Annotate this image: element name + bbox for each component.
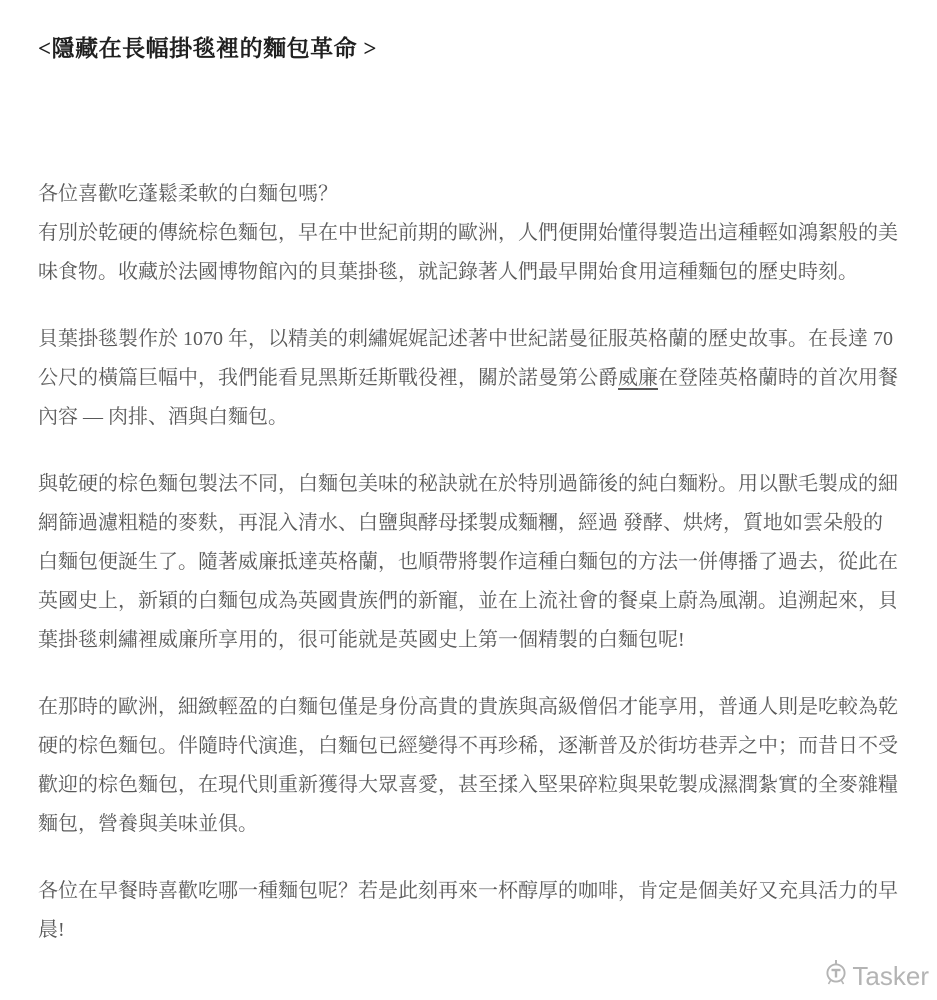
tasker-watermark: Tasker [823, 959, 929, 994]
text-segment: 各位在早餐時喜歡吃哪一種麵包呢？若是此刻再來一杯醇厚的咖啡，肯定是個美好又充具活… [38, 880, 898, 941]
paragraph: 各位喜歡吃蓬鬆柔軟的白麵包嗎？ 有別於乾硬的傳統棕色麵包，早在中世紀前期的歐洲，… [38, 175, 900, 292]
article-body: 各位喜歡吃蓬鬆柔軟的白麵包嗎？ 有別於乾硬的傳統棕色麵包，早在中世紀前期的歐洲，… [38, 175, 900, 950]
underlined-name: 威廉 [618, 367, 658, 389]
text-segment: 在那時的歐洲，細緻輕盈的白麵包僅是身份高貴的貴族與高級僧侶才能享用，普通人則是吃… [38, 696, 898, 835]
paragraph: 在那時的歐洲，細緻輕盈的白麵包僅是身份高貴的貴族與高級僧侶才能享用，普通人則是吃… [38, 688, 900, 844]
tasker-logo-icon [823, 959, 849, 994]
paragraph: 貝葉掛毯製作於 1070 年，以精美的刺繡娓娓記述著中世紀諾曼征服英格蘭的歷史故… [38, 320, 900, 437]
article-title: <隱藏在長幅掛毯裡的麵包革命 > [38, 30, 900, 63]
article-page: <隱藏在長幅掛毯裡的麵包革命 > 各位喜歡吃蓬鬆柔軟的白麵包嗎？ 有別於乾硬的傳… [38, 30, 900, 950]
paragraph: 各位在早餐時喜歡吃哪一種麵包呢？若是此刻再來一杯醇厚的咖啡，肯定是個美好又充具活… [38, 872, 900, 950]
text-segment: 各位喜歡吃蓬鬆柔軟的白麵包嗎？ 有別於乾硬的傳統棕色麵包，早在中世紀前期的歐洲，… [38, 183, 898, 283]
paragraph: 與乾硬的棕色麵包製法不同，白麵包美味的秘訣就在於特別過篩後的純白麵粉。用以獸毛製… [38, 465, 900, 660]
text-segment: 與乾硬的棕色麵包製法不同，白麵包美味的秘訣就在於特別過篩後的純白麵粉。用以獸毛製… [38, 473, 898, 651]
watermark-label: Tasker [852, 961, 929, 992]
